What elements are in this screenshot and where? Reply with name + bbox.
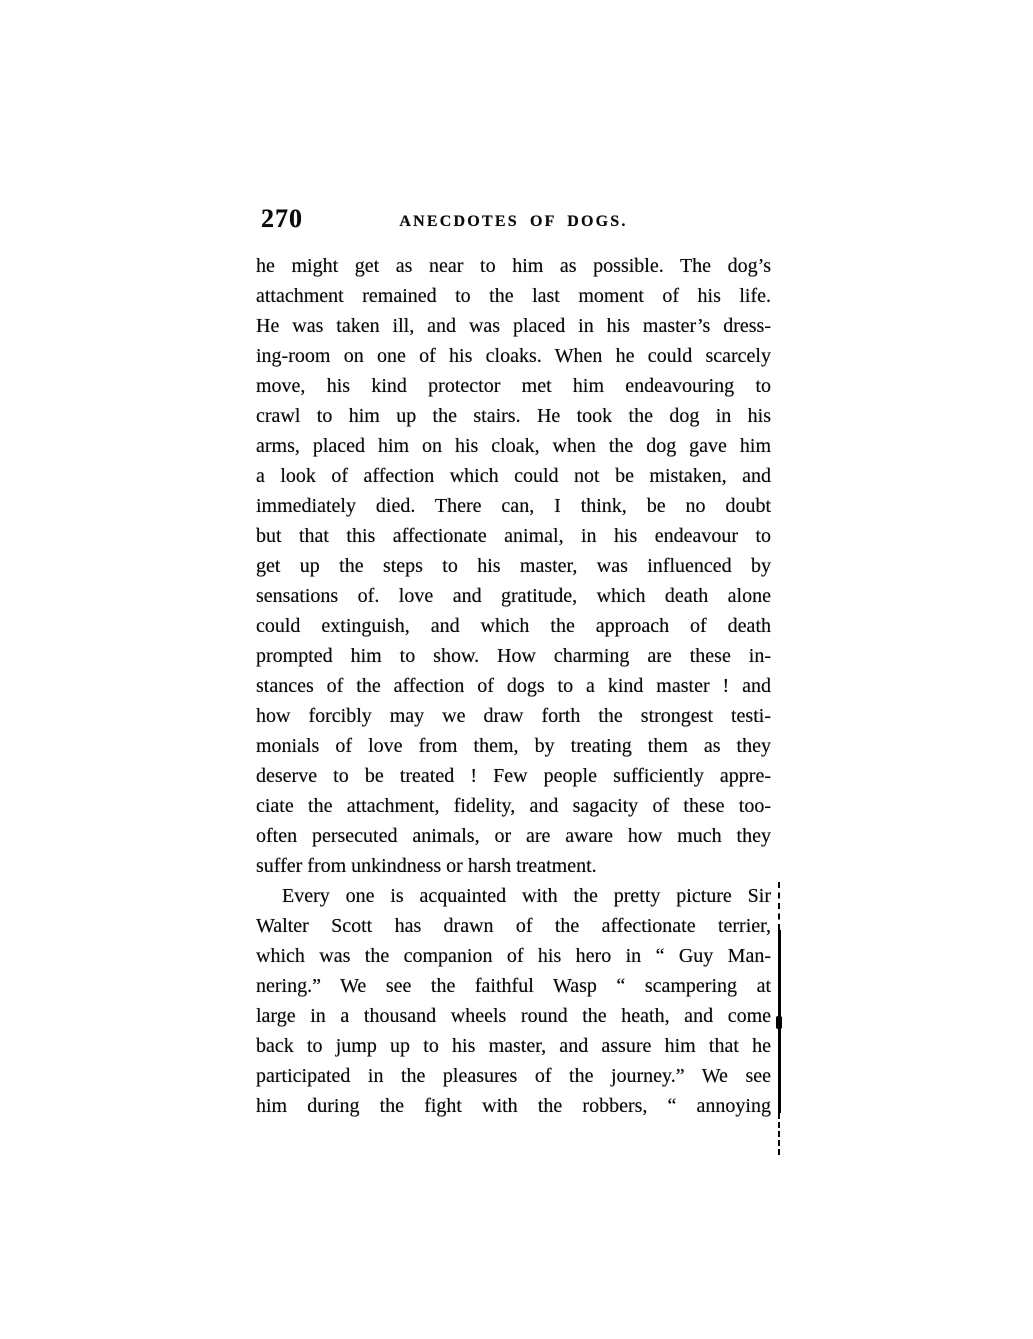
- text-line: a look of affection which could not be m…: [256, 461, 771, 491]
- text-line: crawl to him up the stairs. He took the …: [256, 401, 771, 431]
- text-line: arms, placed him on his cloak, when the …: [256, 431, 771, 461]
- text-line: which was the companion of his hero in “…: [256, 941, 771, 971]
- text-line: suffer from unkindness or harsh treatmen…: [256, 851, 771, 881]
- page-number: 270: [261, 204, 303, 234]
- book-page: 270 ANECDOTES OF DOGS. he might get as n…: [0, 0, 1033, 1339]
- text-line: Walter Scott has drawn of the affectiona…: [256, 911, 771, 941]
- text-line: large in a thousand wheels round the hea…: [256, 1001, 771, 1031]
- scan-artifact-line: [778, 882, 780, 930]
- text-line: but that this affectionate animal, in hi…: [256, 521, 771, 551]
- text-line: he might get as near to him as possible.…: [256, 251, 771, 281]
- text-line: often persecuted animals, or are aware h…: [256, 821, 771, 851]
- text-line: He was taken ill, and was placed in his …: [256, 311, 771, 341]
- scan-artifact-line: [776, 1016, 782, 1029]
- running-title: ANECDOTES OF DOGS.: [256, 204, 771, 231]
- text-line: ciate the attachment, fidelity, and saga…: [256, 791, 771, 821]
- text-line: deserve to be treated ! Few people suffi…: [256, 761, 771, 791]
- text-line: Every one is acquainted with the pretty …: [256, 881, 771, 911]
- text-line: prompted him to show. How charming are t…: [256, 641, 771, 671]
- text-line: get up the steps to his master, was infl…: [256, 551, 771, 581]
- text-line: could extinguish, and which the approach…: [256, 611, 771, 641]
- text-line: attachment remained to the last moment o…: [256, 281, 771, 311]
- page-header: 270 ANECDOTES OF DOGS.: [256, 204, 771, 236]
- text-line: immediately died. There can, I think, be…: [256, 491, 771, 521]
- text-line: sensations of. love and gratitude, which…: [256, 581, 771, 611]
- text-line: him during the fight with the robbers, “…: [256, 1091, 771, 1121]
- text-line: back to jump up to his master, and assur…: [256, 1031, 771, 1061]
- text-line: participated in the pleasures of the jou…: [256, 1061, 771, 1091]
- body-text: he might get as near to him as possible.…: [256, 251, 771, 1121]
- text-line: monials of love from them, by treating t…: [256, 731, 771, 761]
- text-line: nering.” We see the faithful Wasp “ scam…: [256, 971, 771, 1001]
- text-line: how forcibly may we draw forth the stron…: [256, 701, 771, 731]
- scan-artifact-line: [778, 1113, 780, 1155]
- text-line: ing-room on one of his cloaks. When he c…: [256, 341, 771, 371]
- text-line: move, his kind protector met him endeavo…: [256, 371, 771, 401]
- text-line: stances of the affection of dogs to a ki…: [256, 671, 771, 701]
